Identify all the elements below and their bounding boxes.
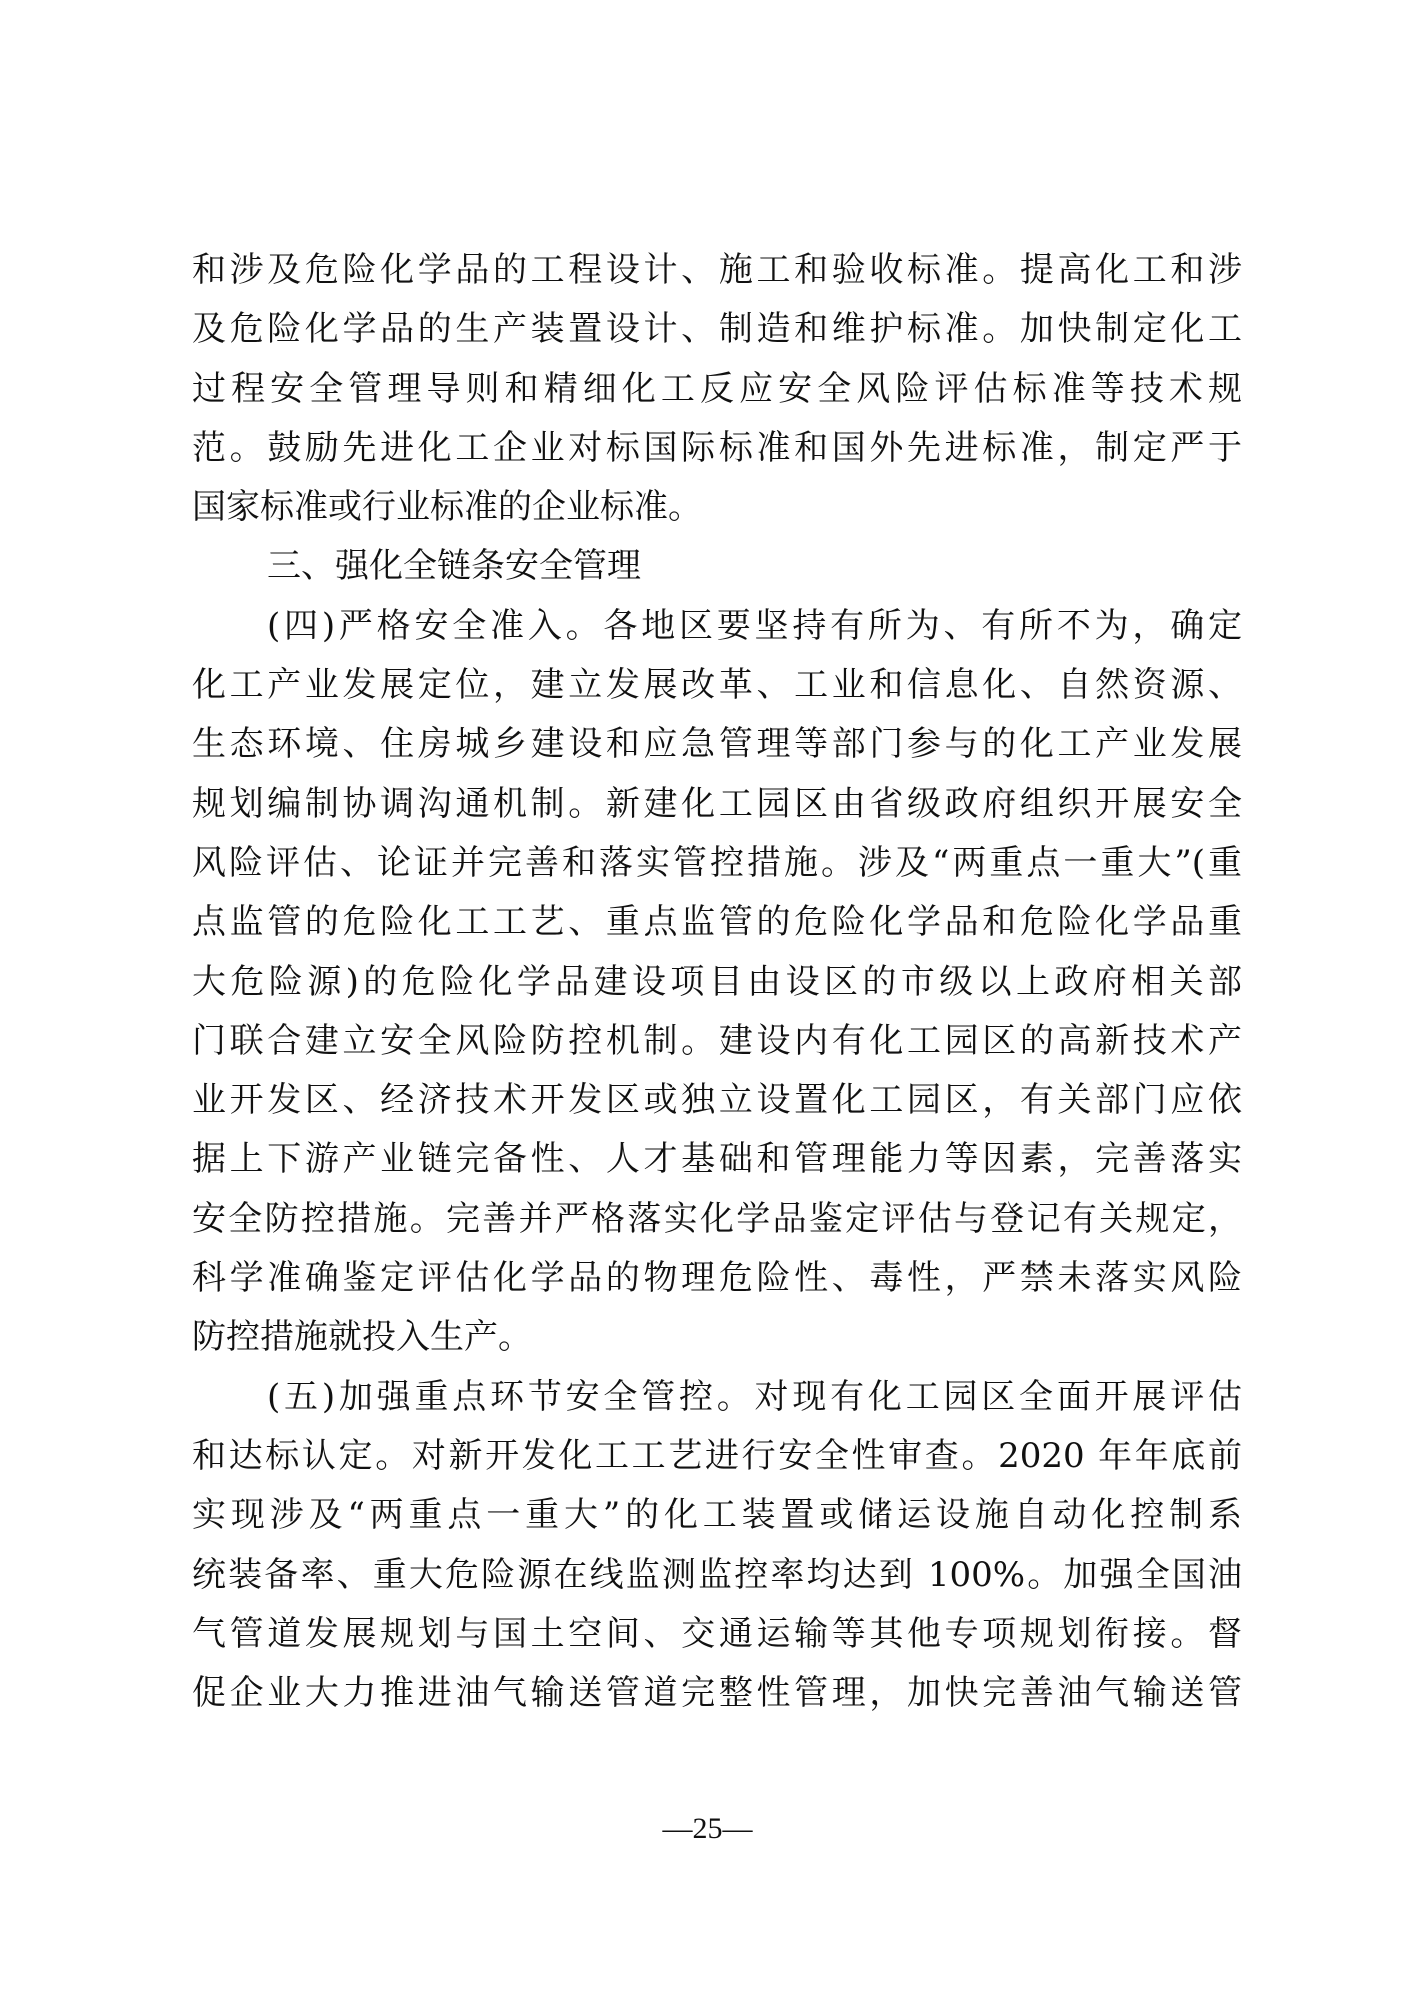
text-line: 业开发区、经济技术开发区或独立设置化工园区，有关部门应依 <box>192 1071 1242 1130</box>
text-line: 安全防控措施。完善并严格落实化学品鉴定评估与登记有关规定， <box>192 1190 1242 1249</box>
text-line: 及危险化学品的生产装置设计、制造和维护标准。加快制定化工 <box>192 300 1242 359</box>
text-line: 生态环境、住房城乡建设和应急管理等部门参与的化工产业发展 <box>192 715 1242 774</box>
text-line: 规划编制协调沟通机制。新建化工园区由省级政府组织开展安全 <box>192 775 1242 834</box>
section-heading: 三、强化全链条安全管理 <box>192 537 1242 596</box>
text-line: 国家标准或行业标准的企业标准。 <box>192 478 1242 537</box>
text-line: 科学准确鉴定评估化学品的物理危险性、毒性，严禁未落实风险 <box>192 1249 1242 1308</box>
paragraph-start-line: (五)加强重点环节安全管控。对现有化工园区全面开展评估 <box>192 1368 1242 1427</box>
text-line: 点监管的危险化工工艺、重点监管的危险化学品和危险化学品重 <box>192 893 1242 952</box>
text-line: 风险评估、论证并完善和落实管控措施。涉及“两重点一重大”(重 <box>192 834 1242 893</box>
text-line: 统装备率、重大危险源在线监测监控率均达到 100%。加强全国油 <box>192 1546 1242 1605</box>
text-line: 化工产业发展定位，建立发展改革、工业和信息化、自然资源、 <box>192 656 1242 715</box>
text-line: 和涉及危险化学品的工程设计、施工和验收标准。提高化工和涉 <box>192 241 1242 300</box>
text-line: 门联合建立安全风险防控机制。建设内有化工园区的高新技术产 <box>192 1012 1242 1071</box>
text-line: 气管道发展规划与国土空间、交通运输等其他专项规划衔接。督 <box>192 1605 1242 1664</box>
document-page: 和涉及危险化学品的工程设计、施工和验收标准。提高化工和涉 及危险化学品的生产装置… <box>0 0 1415 2000</box>
document-body: 和涉及危险化学品的工程设计、施工和验收标准。提高化工和涉 及危险化学品的生产装置… <box>192 241 1242 1723</box>
text-line: 据上下游产业链完备性、人才基础和管理能力等因素，完善落实 <box>192 1130 1242 1189</box>
text-line: 防控措施就投入生产。 <box>192 1308 1242 1367</box>
text-line: 过程安全管理导则和精细化工反应安全风险评估标准等技术规 <box>192 360 1242 419</box>
text-line: 和达标认定。对新开发化工工艺进行安全性审查。2020 年年底前 <box>192 1427 1242 1486</box>
text-line: 实现涉及“两重点一重大”的化工装置或储运设施自动化控制系 <box>192 1486 1242 1545</box>
paragraph-start-line: (四)严格安全准入。各地区要坚持有所为、有所不为，确定 <box>192 597 1242 656</box>
text-line: 大危险源)的危险化学品建设项目由设区的市级以上政府相关部 <box>192 953 1242 1012</box>
text-line: 范。鼓励先进化工企业对标国际标准和国外先进标准，制定严于 <box>192 419 1242 478</box>
page-number: —25— <box>0 1812 1415 1846</box>
text-line: 促企业大力推进油气输送管道完整性管理，加快完善油气输送管 <box>192 1664 1242 1723</box>
